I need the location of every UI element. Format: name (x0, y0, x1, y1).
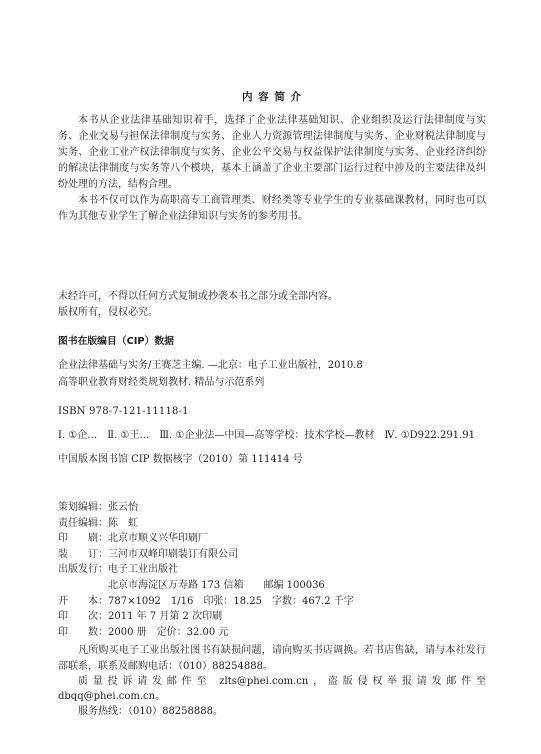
cip-record-number: 中国版本图书馆 CIP 数据核字（2010）第 111414 号 (58, 452, 486, 468)
copyright-notice: 未经许可，不得以任何方式复制或抄袭本书之部分或全部内容。 版权所有，侵权必究。 (58, 289, 486, 320)
cip-series-line: 高等职业教育财经类规划教材. 精品与示范系列 (58, 375, 486, 392)
isbn-number: ISBN 978-7-121-11118-1 (58, 404, 486, 420)
planning-editor-line: 策划编辑：张云怡 (58, 500, 486, 516)
responsible-editor-line: 责任编辑：陈 虹 (58, 516, 486, 532)
publisher-address-line: 北京市海淀区万寿路 173 信箱 邮编 100036 (58, 578, 486, 594)
publisher-line: 出版发行：电子工业出版社 (58, 562, 486, 578)
section-title: 内 容 简 介 (58, 89, 486, 105)
cip-heading: 图书在版编目（CIP）数据 (58, 334, 486, 350)
binder-line: 装 订：三河市双峰印刷装订有限公司 (58, 547, 486, 563)
service-hotline-line: 服务热线：（010）88258888。 (58, 704, 486, 719)
quality-complaint-line: 质量投诉请发邮件至 zlts@phei.com.cn，盗版侵权举报请发邮件至 d… (58, 674, 486, 704)
page-content: 内 容 简 介 本书从企业法律基础知识着手，选择了企业法律基础知识、企业组织及运… (58, 0, 486, 719)
print-run-date-line: 印 次：2011 年 7 月第 2 次印刷 (58, 609, 486, 625)
purchase-notice: 凡所购买电子工业出版社图书有缺损问题，请向购买书店调换。若书店售缺，请与本社发行… (58, 643, 486, 719)
cip-book-title-line: 企业法律基础与实务/王赛芝主编. —北京：电子工业出版社，2010.8 (58, 358, 486, 375)
summary-paragraph-1: 本书从企业法律基础知识着手，选择了企业法律基础知识、企业组织及运行法律制度与实务… (58, 113, 486, 193)
printer-line: 印 刷：北京市顺义兴华印刷厂 (58, 531, 486, 547)
cip-classification: Ⅰ. ①企… Ⅱ. ①王… Ⅲ. ①企业法—中国—高等学校：技术学校—教材 Ⅳ.… (58, 428, 486, 444)
exchange-notice-paragraph: 凡所购买电子工业出版社图书有缺损问题，请向购买书店调换。若书店售缺，请与本社发行… (58, 643, 486, 673)
cip-description: 企业法律基础与实务/王赛芝主编. —北京：电子工业出版社，2010.8 高等职业… (58, 358, 486, 391)
format-line: 开 本：787×1092 1/16 印张：18.25 字数：467.2 千字 (58, 594, 486, 610)
print-quantity-price-line: 印 数：2000 册 定价：32.00 元 (58, 625, 486, 641)
copyright-notice-line-2: 版权所有，侵权必究。 (58, 305, 486, 321)
copyright-page: 内 容 简 介 本书从企业法律基础知识着手，选择了企业法律基础知识、企业组织及运… (0, 0, 541, 754)
summary-paragraph-2: 本书不仅可以作为高职高专工商管理类、财经类等专业学生的专业基础课教材，同时也可以… (58, 193, 486, 225)
copyright-notice-line-1: 未经许可，不得以任何方式复制或抄袭本书之部分或全部内容。 (58, 289, 486, 305)
content-summary: 本书从企业法律基础知识着手，选择了企业法律基础知识、企业组织及运行法律制度与实务… (58, 113, 486, 225)
colophon: 策划编辑：张云怡 责任编辑：陈 虹 印 刷：北京市顺义兴华印刷厂 装 订：三河市… (58, 500, 486, 640)
